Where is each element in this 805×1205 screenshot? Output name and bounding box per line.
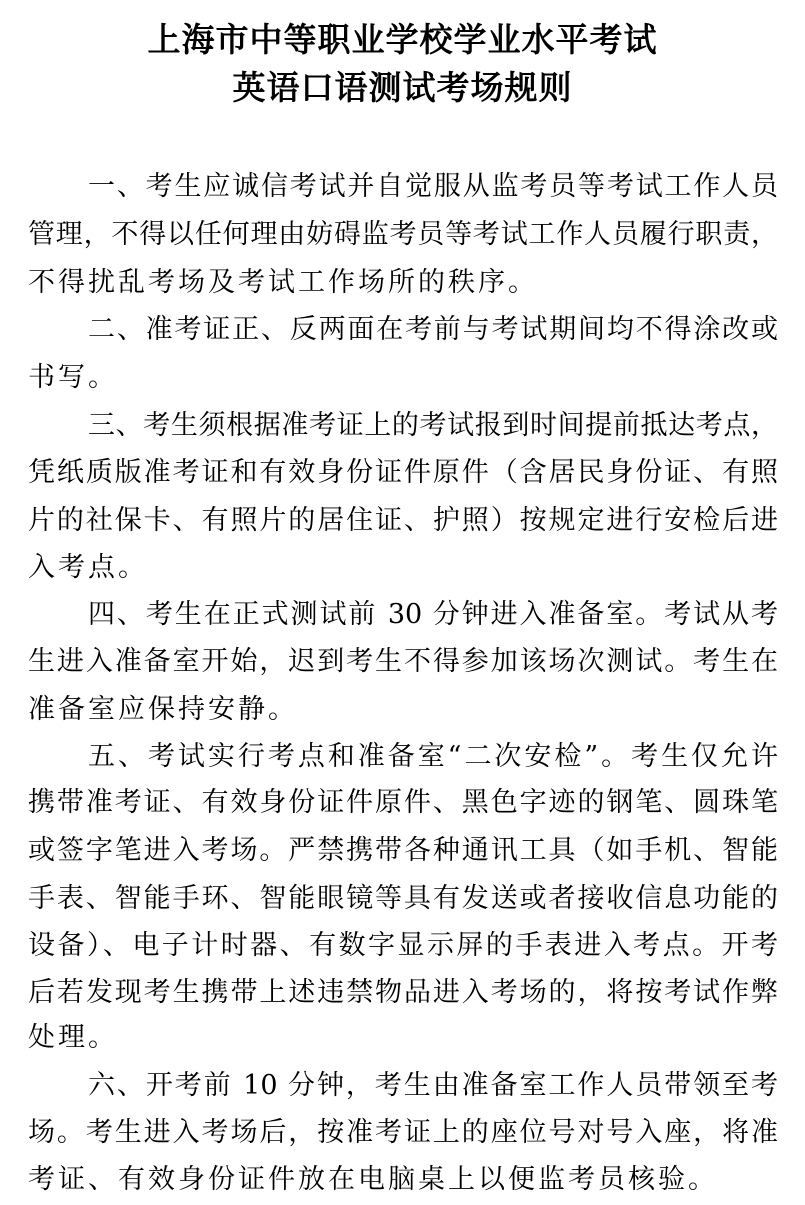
- rule-line: 四、考生在正式测试前 30 分钟进入准备室。考试从考: [88, 597, 778, 633]
- rule-line: 设备）、电子计时器、有数字显示屏的手表进入考点。开考: [28, 928, 778, 964]
- rule-line: 入考点。: [28, 550, 778, 586]
- rule-line: 手表、智能手环、智能眼镜等具有发送或者接收信息功能的: [28, 881, 778, 917]
- rule-line: 一、考生应诚信考试并自觉服从监考员等考试工作人员: [88, 169, 778, 205]
- rule-line: 凭纸质版准考证和有效身份证件原件（含居民身份证、有照: [28, 455, 778, 491]
- rule-line: 或签字笔进入考场。严禁携带各种通讯工具（如手机、智能: [28, 833, 778, 869]
- rule-line: 后若发现考生携带上述违禁物品进入考场的，将按考试作弊: [28, 975, 778, 1011]
- rule-line: 三、考生须根据准考证上的考试报到时间提前抵达考点，: [88, 408, 778, 444]
- rule-line: 书写。: [28, 360, 778, 396]
- rule-line: 管理，不得以任何理由妨碍监考员等考试工作人员履行职责，: [28, 217, 778, 253]
- rule-line: 五、考试实行考点和准备室“二次安检”。考生仅允许: [88, 739, 778, 775]
- document-title-line-1: 上海市中等职业学校学业水平考试: [0, 20, 805, 60]
- rule-line: 生进入准备室开始，迟到考生不得参加该场次测试。考生在: [28, 644, 778, 680]
- document-title-line-2: 英语口语测试考场规则: [0, 68, 805, 108]
- rule-line: 六、开考前 10 分钟，考生由准备室工作人员带领至考: [88, 1068, 778, 1104]
- rule-line: 不得扰乱考场及考试工作场所的秩序。: [28, 265, 778, 301]
- rule-line: 准备室应保持安静。: [28, 692, 778, 728]
- rule-line: 场。考生进入考场后，按准考证上的座位号对号入座，将准: [28, 1115, 778, 1151]
- rule-line: 处理。: [28, 1020, 778, 1056]
- rule-line: 二、准考证正、反两面在考前与考试期间均不得涂改或: [88, 312, 778, 348]
- rule-line: 考证、有效身份证件放在电脑桌上以便监考员核验。: [28, 1162, 778, 1198]
- rule-line: 片的社保卡、有照片的居住证、护照）按规定进行安检后进: [28, 503, 778, 539]
- rule-line: 携带准考证、有效身份证件原件、黑色字迹的钢笔、圆珠笔: [28, 785, 778, 821]
